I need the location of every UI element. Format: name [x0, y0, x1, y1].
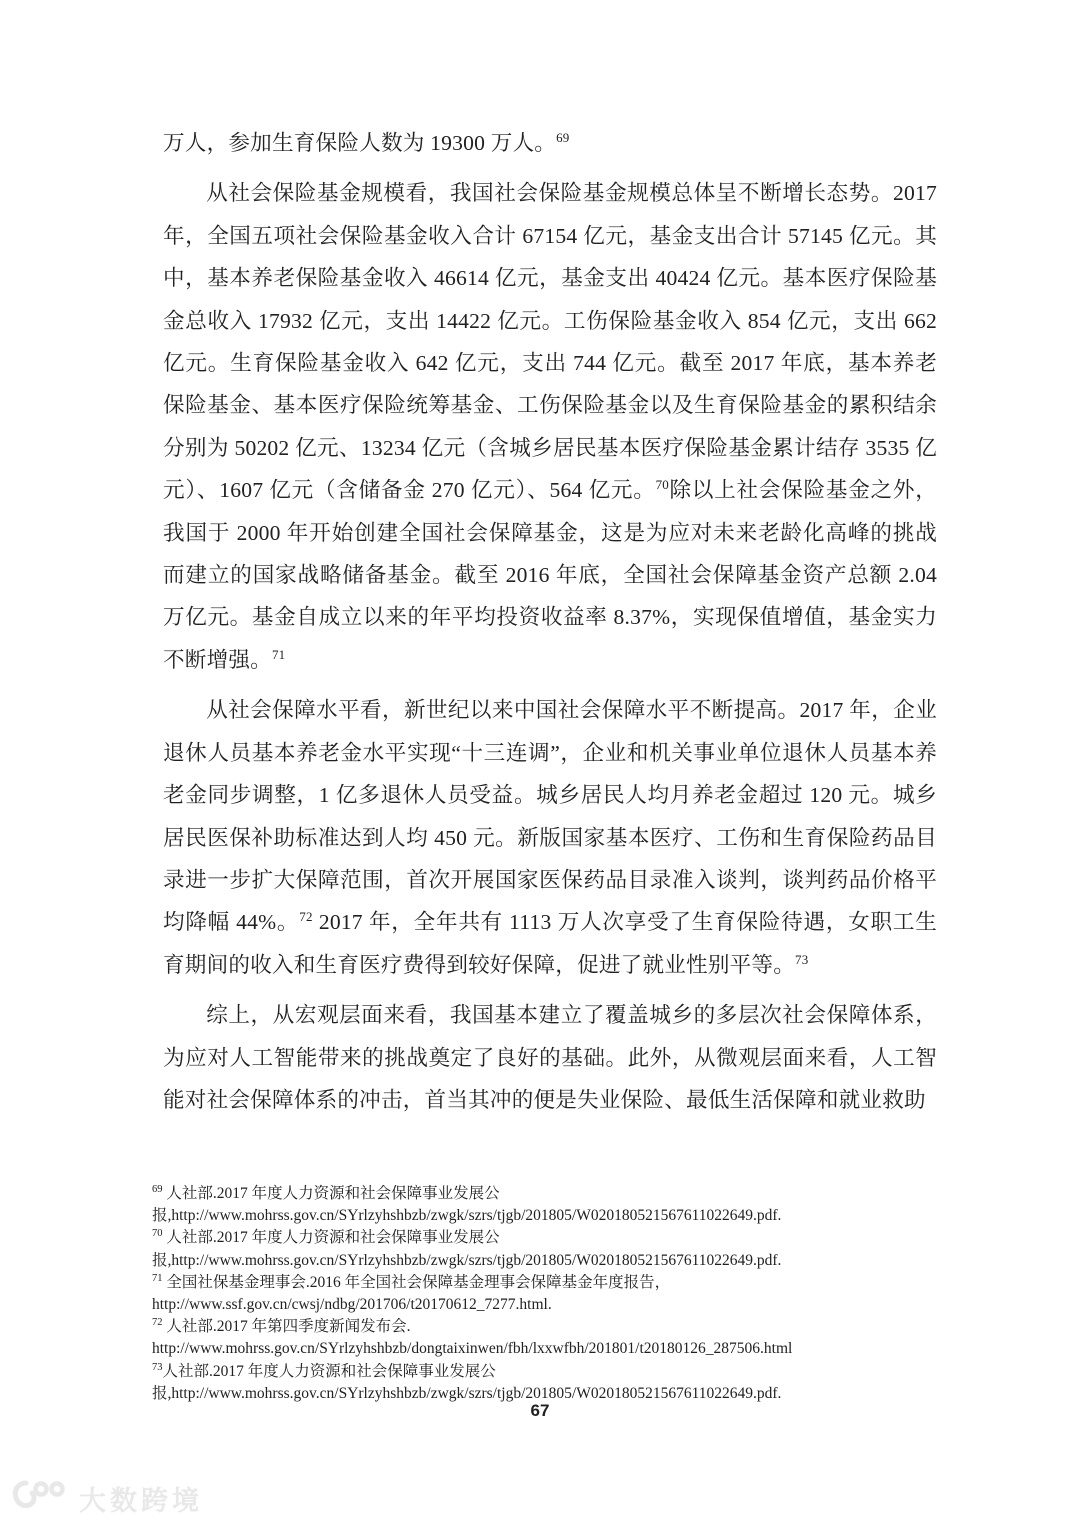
- footnote-ref-72: 72: [299, 909, 312, 924]
- footnote-url: 报,http://www.mohrss.gov.cn/SYrlzyhshbzb/…: [152, 1250, 947, 1272]
- footnote-first-line: 70 人社部.2017 年度人力资源和社会保障事业发展公: [152, 1227, 947, 1249]
- footnote-71: 71 全国社保基金理事会.2016 年全国社会保障基金理事会保障基金年度报告， …: [152, 1272, 947, 1316]
- footnote-ref-69: 69: [556, 130, 569, 145]
- footnote-marker: 70: [152, 1228, 163, 1239]
- footnote-marker: 69: [152, 1184, 163, 1195]
- footnote-70: 70 人社部.2017 年度人力资源和社会保障事业发展公 报,http://ww…: [152, 1227, 947, 1271]
- footnote-text: 人社部.2017 年第四季度新闻发布会.: [163, 1318, 411, 1335]
- paragraph-text: 综上，从宏观层面来看，我国基本建立了覆盖城乡的多层次社会保障体系，为应对人工智能…: [163, 1003, 937, 1112]
- paragraph-text: 从社会保障水平看，新世纪以来中国社会保障水平不断提高。2017 年，企业退休人员…: [163, 698, 937, 934]
- footnote-text: 人社部.2017 年度人力资源和社会保障事业发展公: [163, 1363, 496, 1380]
- paragraph-text: 除以上社会保险基金之外，我国于 2000 年开始创建全国社会保障基金，这是为应对…: [163, 478, 937, 672]
- paragraph-text: 从社会保险基金规模看，我国社会保险基金规模总体呈不断增长态势。2017 年，全国…: [163, 181, 937, 502]
- footnote-marker: 72: [152, 1317, 163, 1328]
- paragraph-fund-scale: 从社会保险基金规模看，我国社会保险基金规模总体呈不断增长态势。2017 年，全国…: [163, 172, 937, 681]
- footnote-url: http://www.ssf.gov.cn/cwsj/ndbg/201706/t…: [152, 1294, 947, 1316]
- body-text: 万人，参加生育保险人数为 19300 万人。69 从社会保险基金规模看，我国社会…: [163, 122, 937, 1121]
- paragraph-text: 万人，参加生育保险人数为 19300 万人。: [163, 131, 556, 155]
- footnote-69: 69 人社部.2017 年度人力资源和社会保障事业发展公 报,http://ww…: [152, 1183, 947, 1227]
- paragraph-security-level: 从社会保障水平看，新世纪以来中国社会保障水平不断提高。2017 年，企业退休人员…: [163, 689, 937, 986]
- document-page: 万人，参加生育保险人数为 19300 万人。69 从社会保险基金规模看，我国社会…: [0, 0, 1080, 1527]
- footnote-marker: 71: [152, 1273, 163, 1284]
- footnote-url: http://www.mohrss.gov.cn/SYrlzyhshbzb/do…: [152, 1338, 947, 1360]
- paragraph-summary: 综上，从宏观层面来看，我国基本建立了覆盖城乡的多层次社会保障体系，为应对人工智能…: [163, 994, 937, 1121]
- footnote-ref-70: 70: [656, 477, 669, 492]
- footnote-first-line: 72 人社部.2017 年第四季度新闻发布会.: [152, 1316, 947, 1338]
- page-number: 67: [0, 1401, 1080, 1421]
- footnote-marker: 73: [152, 1361, 163, 1372]
- dashu-100-logo-icon: [10, 1478, 70, 1519]
- footnote-text: 全国社保基金理事会.2016 年全国社会保障基金理事会保障基金年度报告，: [163, 1274, 671, 1291]
- footnotes-section: 69 人社部.2017 年度人力资源和社会保障事业发展公 报,http://ww…: [152, 1183, 947, 1405]
- footnote-text: 人社部.2017 年度人力资源和社会保障事业发展公: [163, 1185, 500, 1202]
- footnote-73: 73人社部.2017 年度人力资源和社会保障事业发展公 报,http://www…: [152, 1361, 947, 1405]
- footnote-first-line: 71 全国社保基金理事会.2016 年全国社会保障基金理事会保障基金年度报告，: [152, 1272, 947, 1294]
- footnote-72: 72 人社部.2017 年第四季度新闻发布会. http://www.mohrs…: [152, 1316, 947, 1360]
- paragraph-continuation: 万人，参加生育保险人数为 19300 万人。69: [163, 122, 937, 164]
- footnote-ref-71: 71: [272, 647, 285, 662]
- footnote-ref-73: 73: [795, 952, 808, 967]
- watermark: 大数跨境: [10, 1478, 203, 1519]
- watermark-text: 大数跨境: [79, 1479, 203, 1518]
- footnote-text: 人社部.2017 年度人力资源和社会保障事业发展公: [163, 1229, 500, 1246]
- footnote-url: 报,http://www.mohrss.gov.cn/SYrlzyhshbzb/…: [152, 1205, 947, 1227]
- footnote-first-line: 69 人社部.2017 年度人力资源和社会保障事业发展公: [152, 1183, 947, 1205]
- footnote-first-line: 73人社部.2017 年度人力资源和社会保障事业发展公: [152, 1361, 947, 1383]
